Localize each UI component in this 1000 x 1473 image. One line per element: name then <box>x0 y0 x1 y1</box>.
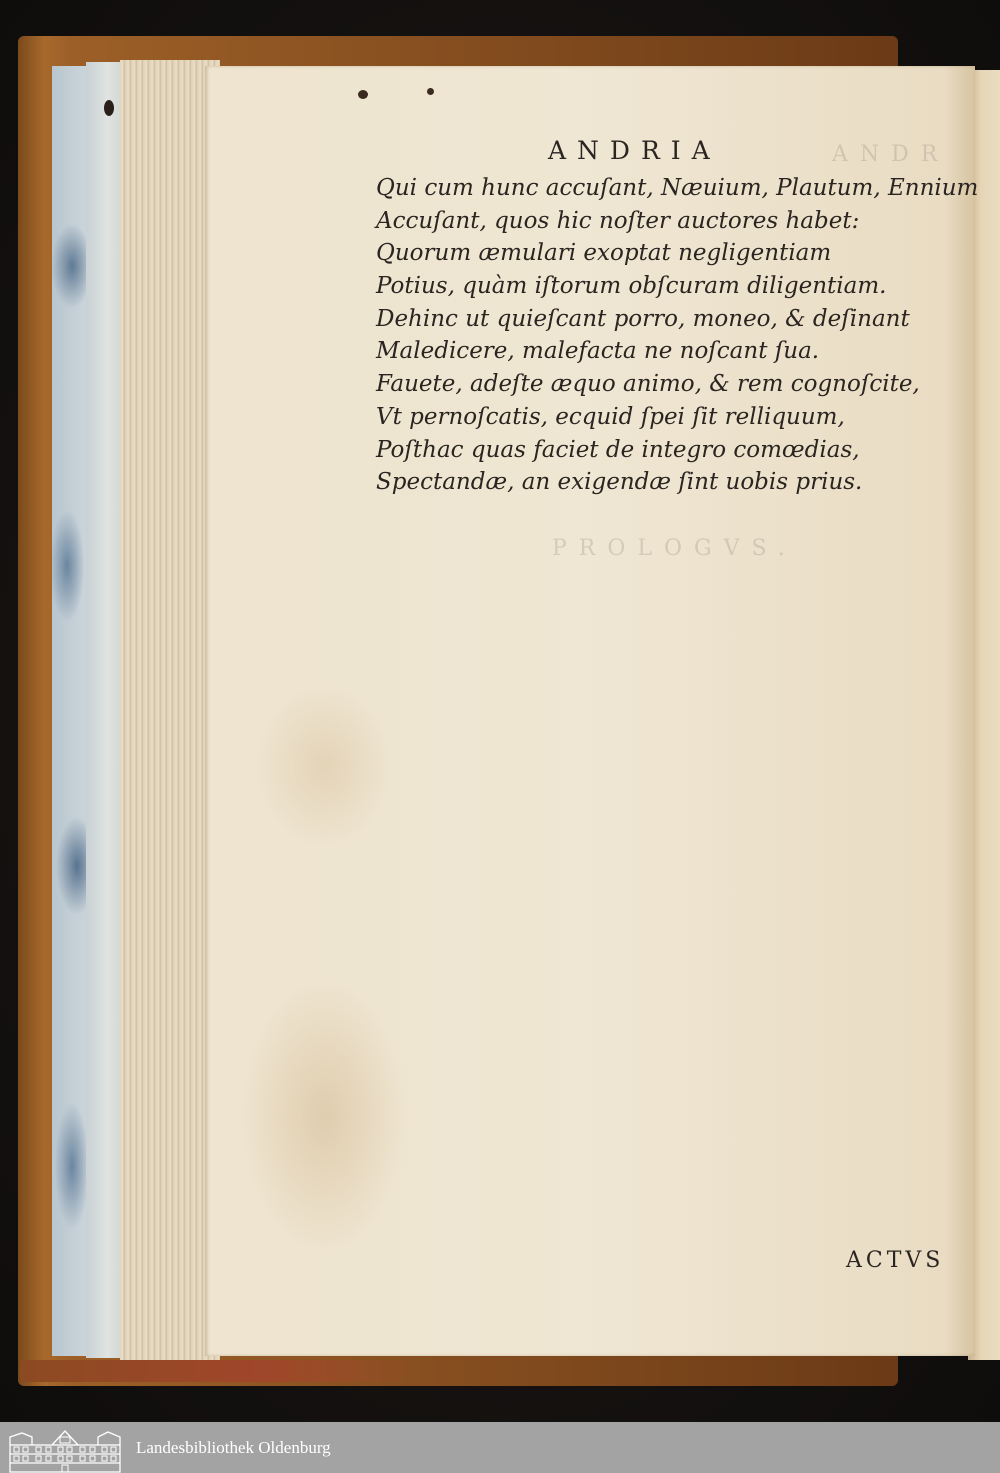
flyleaf <box>86 62 122 1358</box>
verse-line: Vt pernoſcatis, ecquid ſpei ſit relliquu… <box>376 401 978 434</box>
verse-line: Spectandæ, an exigendæ ſint uobis prius. <box>376 466 978 499</box>
footer-bar: Landesbibliothek Oldenburg <box>0 1422 1000 1473</box>
verse-line: Fauete, adeſte æquo animo, & rem cognoſc… <box>376 368 978 401</box>
bleed-through-text <box>376 608 956 1248</box>
verse-block: Qui cum hunc accuſant, Næuium, Plautum, … <box>376 172 978 499</box>
verse-line: Dehinc ut quieſcant porro, moneo, & deſi… <box>376 303 978 336</box>
catchword: ACTVS <box>846 1248 944 1273</box>
bleed-through-heading: PROLOGVS. <box>552 536 797 561</box>
verse-line: Quorum æmulari exoptat negligentiam <box>376 237 978 270</box>
verse-line: Qui cum hunc accuſant, Næuium, Plautum, … <box>376 172 978 205</box>
ink-spot <box>358 90 368 99</box>
verse-line: Potius, quàm iſtorum obſcuram diligentia… <box>376 270 978 303</box>
bleed-through-text: ANDR <box>832 142 949 167</box>
ink-spot <box>427 88 434 95</box>
ink-spot <box>104 100 114 116</box>
scanned-book-photo: ANDR PROLOGVS. ANDRIA Qui cum hunc accuſ… <box>0 0 1000 1422</box>
verse-line: Poſthac quas faciet de integro comœdias, <box>376 434 978 467</box>
leather-cover-edge <box>20 1360 420 1382</box>
running-head: ANDRIA <box>548 136 721 165</box>
verse-line: Maledicere, malefacta ne noſcant ſua. <box>376 335 978 368</box>
library-building-icon <box>6 1429 124 1473</box>
verse-line: Accuſant, quos hic noſter auctores habet… <box>376 205 978 238</box>
institution-name: Landesbibliothek Oldenburg <box>136 1438 331 1458</box>
